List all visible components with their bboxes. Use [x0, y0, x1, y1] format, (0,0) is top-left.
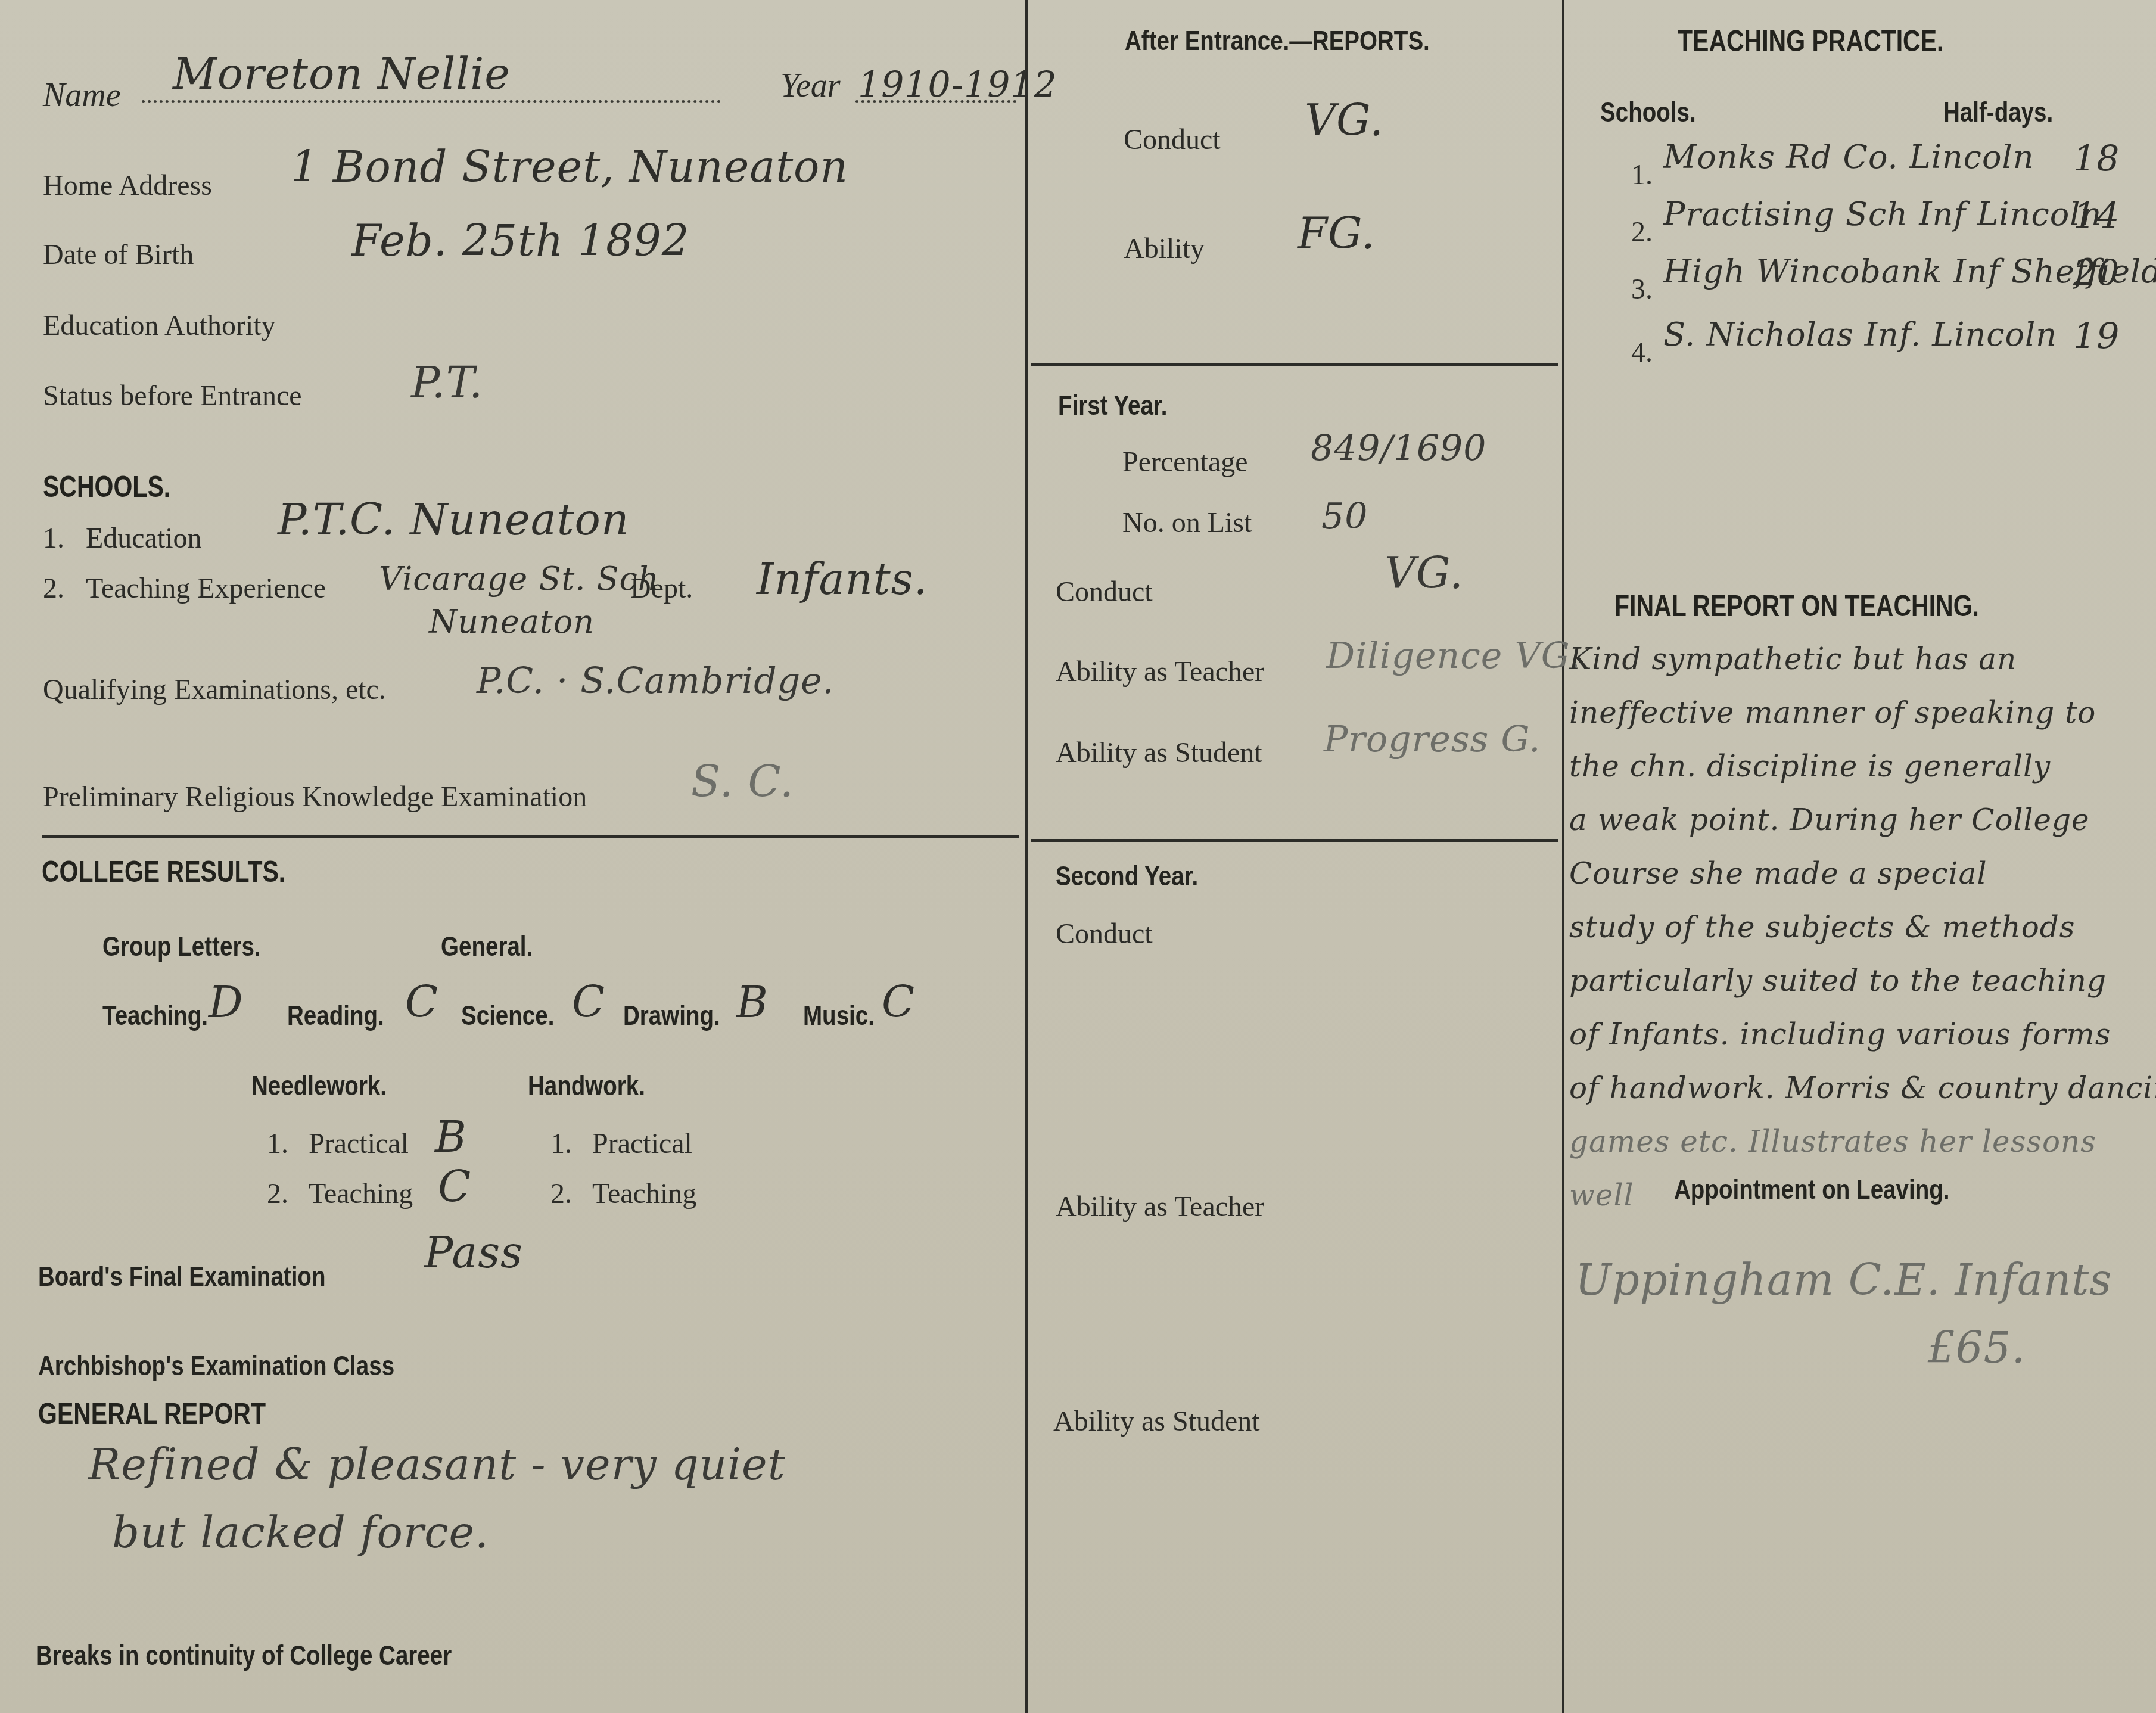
handwork-teaching-label: Teaching — [592, 1177, 696, 1210]
needlework-heading: Needlework. — [251, 1069, 387, 1102]
after-entrance-conduct-value: VG. — [1305, 95, 1384, 145]
status-value: P.T. — [411, 357, 483, 408]
handwork-heading: Handwork. — [528, 1069, 645, 1102]
subject-label: Science. — [461, 999, 554, 1031]
divider-middle-first-year — [1031, 839, 1558, 842]
boards-final-label: Board's Final Examination — [38, 1260, 325, 1292]
status-label: Status before Entrance — [43, 380, 301, 412]
appointment-heading: Appointment on Leaving. — [1674, 1173, 1949, 1205]
breaks-label: Breaks in continuity of College Career — [36, 1639, 452, 1671]
dob-label: Date of Birth — [43, 238, 194, 271]
tp-entry-school: Practising Sch Inf Lincoln — [1663, 195, 2102, 233]
name-dotted-line — [142, 100, 721, 103]
first-year-heading: First Year. — [1058, 388, 1168, 421]
final-report-line: the chn. discipline is generally — [1569, 738, 2051, 795]
group-letters-label: Group Letters. — [102, 929, 261, 962]
needlework-practical-label: Practical — [309, 1127, 409, 1160]
tp-schools-label: Schools. — [1600, 95, 1696, 128]
final-report-line: of Infants. including various forms — [1569, 1006, 2111, 1064]
subject-grade: C — [572, 977, 605, 1027]
final-report-line: ineffective manner of speaking to — [1569, 684, 2096, 742]
first-year-percentage-value: 849/1690 — [1311, 428, 1486, 470]
home-address-label: Home Address — [43, 169, 212, 202]
handwork-practical-num: 1. — [550, 1127, 572, 1160]
schools-education-value: P.T.C. Nuneaton — [278, 495, 629, 545]
final-report-line: Course she made a special — [1569, 845, 1987, 903]
schools-education-num: 1. — [43, 522, 64, 555]
after-entrance-conduct-label: Conduct — [1124, 123, 1221, 156]
schools-heading: SCHOOLS. — [43, 470, 170, 504]
final-report-line: a weak point. During her College — [1569, 791, 2090, 849]
handwork-practical-label: Practical — [592, 1127, 692, 1160]
teaching-practice-heading: TEACHING PRACTICE. — [1678, 24, 1943, 58]
tp-entry-half-days: 19 — [2073, 316, 2120, 357]
year-value: 1910-1912 — [858, 64, 1057, 106]
qualifying-value: P.C. · S.Cambridge. — [477, 660, 835, 702]
subject-grade: D — [209, 977, 244, 1027]
first-year-percentage-label: Percentage — [1122, 446, 1248, 478]
subject-label: Reading. — [287, 999, 384, 1031]
after-entrance-heading: After Entrance.—REPORTS. — [1125, 24, 1430, 57]
tp-entry-num: 1. — [1631, 158, 1653, 191]
subject-grade: C — [405, 977, 438, 1027]
final-report-heading: FINAL REPORT ON TEACHING. — [1614, 589, 1979, 623]
needlework-teaching-grade: C — [438, 1162, 471, 1212]
tp-entry-half-days: 18 — [2073, 138, 2120, 180]
subject-grade: C — [882, 977, 915, 1027]
student-record-card: Name Moreton Nellie Year 1910-1912 Home … — [0, 0, 2156, 1713]
after-entrance-ability-label: Ability — [1124, 232, 1205, 265]
boards-final-value: Pass — [424, 1227, 523, 1277]
final-report-line: Kind sympathetic but has an — [1569, 630, 2017, 688]
final-report-line: games etc. Illustrates her lessons — [1569, 1113, 2096, 1171]
subject-grade: B — [736, 977, 769, 1027]
college-results-heading: COLLEGE RESULTS. — [42, 854, 285, 889]
general-label: General. — [441, 929, 533, 962]
first-year-ability-teacher-value: Diligence VG. — [1326, 635, 1581, 677]
final-report-line: particularly suited to the teaching — [1569, 952, 2107, 1010]
year-label: Year — [780, 67, 841, 105]
tp-entry-num: 3. — [1631, 273, 1653, 306]
general-report-line-1: Refined & pleasant - very quiet — [88, 1440, 786, 1490]
handwork-teaching-num: 2. — [550, 1177, 572, 1210]
schools-teaching-label: Teaching Experience — [86, 572, 326, 605]
tp-entry-school: Monks Rd Co. Lincoln — [1663, 138, 2034, 176]
appointment-line-1: Uppingham C.E. Infants — [1575, 1255, 2112, 1305]
divider-middle-after-entrance — [1031, 363, 1558, 366]
schools-education-label: Education — [86, 522, 202, 555]
tp-half-days-label: Half-days. — [1943, 95, 2053, 128]
home-address-value: 1 Bond Street, Nuneaton — [291, 142, 848, 192]
first-year-ability-student-value: Progress G. — [1324, 719, 1541, 760]
subject-label: Music. — [803, 999, 875, 1031]
column-divider-right — [1562, 0, 1564, 1713]
second-year-heading: Second Year. — [1056, 859, 1198, 892]
name-label: Name — [43, 76, 121, 114]
tp-entry-num: 2. — [1631, 216, 1653, 248]
tp-entry-school: S. Nicholas Inf. Lincoln — [1663, 316, 2057, 353]
tp-entry-num: 4. — [1631, 336, 1653, 369]
schools-teaching-num: 2. — [43, 572, 64, 605]
second-year-ability-student-label: Ability as Student — [1053, 1405, 1260, 1438]
first-year-list-label: No. on List — [1122, 506, 1252, 539]
tp-entry-half-days: 20 — [2073, 253, 2120, 294]
name-value: Moreton Nellie — [173, 49, 511, 99]
schools-dept-value: Infants. — [757, 554, 928, 604]
needlework-practical-grade: B — [435, 1112, 467, 1162]
final-report-line: study of the subjects & methods — [1569, 899, 2075, 956]
first-year-list-value: 50 — [1321, 496, 1368, 537]
subject-label: Drawing. — [623, 999, 720, 1031]
schools-teaching-value-2: Nuneaton — [429, 603, 595, 641]
appointment-line-2: £65. — [1928, 1323, 2026, 1373]
first-year-conduct-label: Conduct — [1056, 576, 1153, 608]
general-report-line-2: but lacked force. — [112, 1507, 489, 1557]
second-year-conduct-label: Conduct — [1056, 918, 1153, 950]
dob-value: Feb. 25th 1892 — [351, 216, 690, 266]
archbishop-label: Archbishop's Examination Class — [38, 1349, 394, 1382]
subject-label: Teaching. — [102, 999, 208, 1031]
divider-left-schools — [42, 835, 1019, 838]
second-year-ability-teacher-label: Ability as Teacher — [1056, 1190, 1264, 1223]
religious-value: S. C. — [691, 757, 794, 807]
first-year-conduct-value: VG. — [1385, 548, 1464, 598]
general-report-heading: GENERAL REPORT — [38, 1397, 266, 1431]
first-year-ability-student-label: Ability as Student — [1056, 736, 1262, 769]
needlework-practical-num: 1. — [267, 1127, 288, 1160]
final-report-line: of handwork. Morris & country dancing — [1569, 1059, 2156, 1117]
needlework-teaching-num: 2. — [267, 1177, 288, 1210]
final-report-line: well — [1569, 1167, 1634, 1224]
schools-teaching-value-1: Vicarage St. Sch — [379, 560, 659, 598]
first-year-ability-teacher-label: Ability as Teacher — [1056, 655, 1264, 688]
religious-label: Preliminary Religious Knowledge Examinat… — [43, 781, 587, 813]
tp-entry-half-days: 14 — [2073, 195, 2120, 237]
schools-dept-label: Dept. — [630, 572, 693, 605]
education-authority-label: Education Authority — [43, 309, 276, 342]
column-divider-left — [1025, 0, 1028, 1713]
after-entrance-ability-value: FG. — [1298, 209, 1376, 259]
needlework-teaching-label: Teaching — [309, 1177, 413, 1210]
qualifying-label: Qualifying Examinations, etc. — [43, 673, 386, 706]
